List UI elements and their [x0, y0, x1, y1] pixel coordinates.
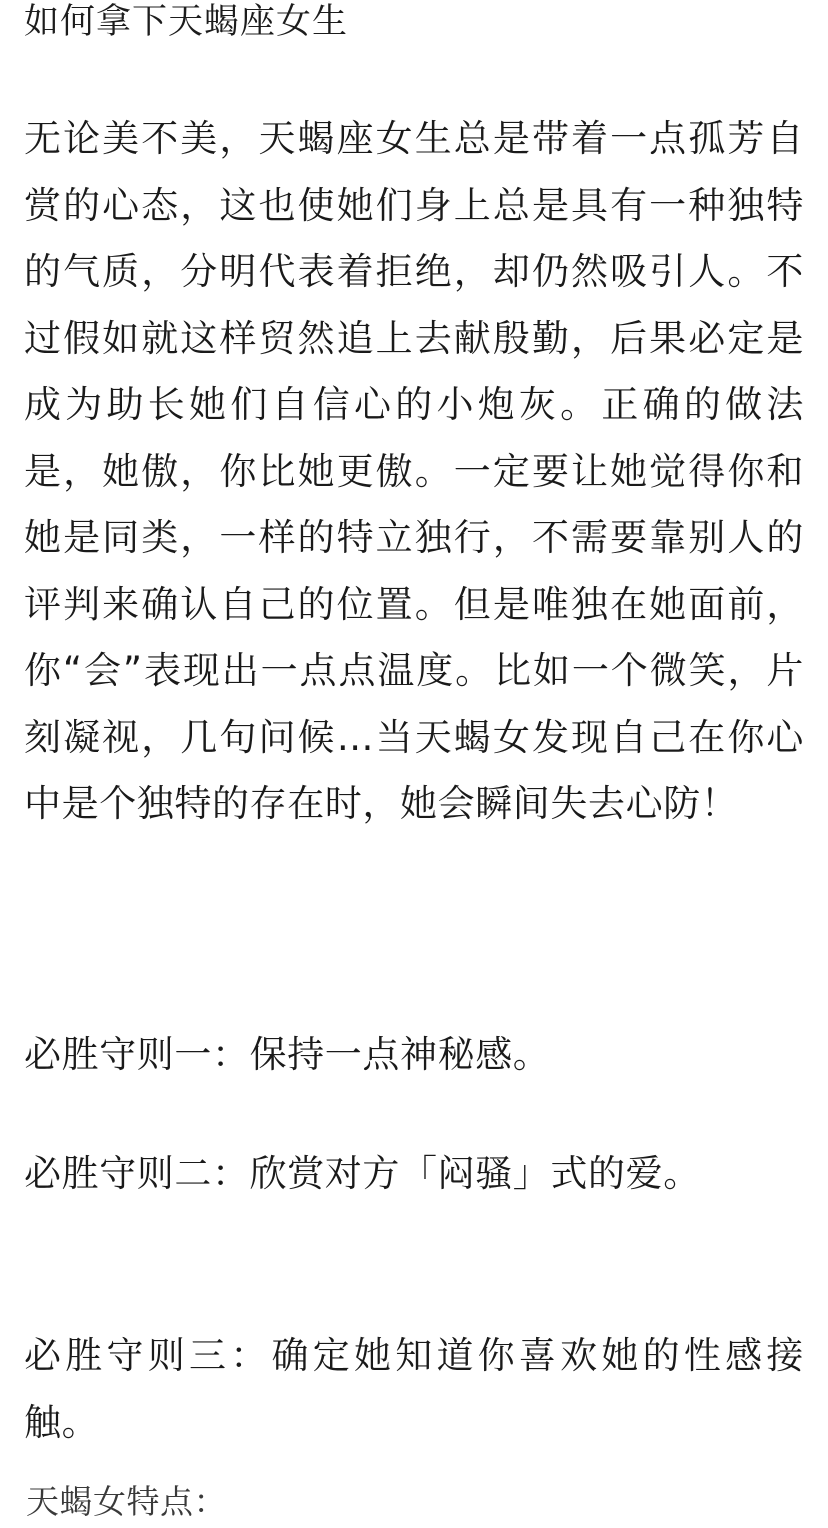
article-title: 如何拿下天蝎座女生 [24, 0, 348, 44]
rule-one: 必胜守则一：保持一点神秘感。 [24, 1022, 804, 1089]
rule-two: 必胜守则二：欣赏对方「闷骚」式的爱。 [24, 1141, 804, 1208]
intro-paragraph: 无论美不美，天蝎座女生总是带着一点孤芳自赏的心态，这也使她们身上总是具有一种独特… [24, 106, 804, 838]
rule-three: 必胜守则三：确定她知道你喜欢她的性感接触。 [24, 1323, 804, 1456]
section-subheading: 天蝎女特点： [26, 1480, 227, 1524]
